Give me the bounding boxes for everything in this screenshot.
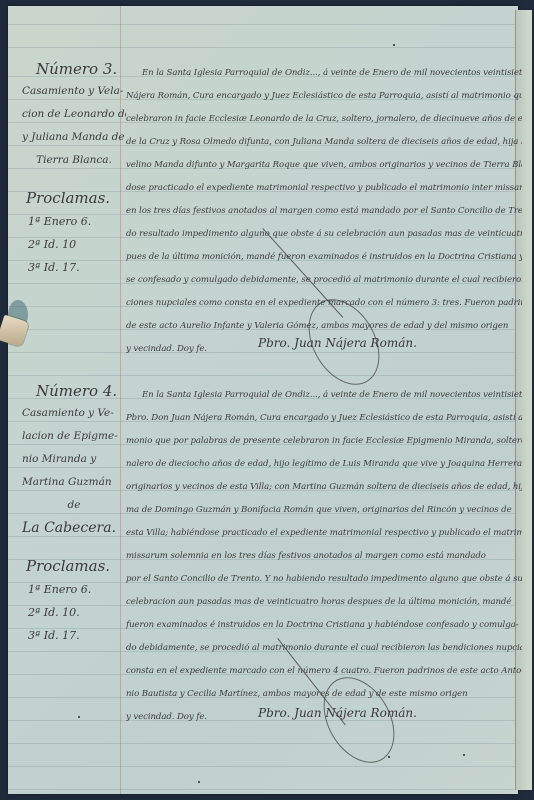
entry-4-body-line: fueron examinados é instruidos en la Doc… (126, 614, 522, 637)
entry-4-body-line: consta en el expediente marcado con el n… (126, 660, 522, 683)
entry-3-proclama-date: 1ª Enero 6. (22, 210, 126, 233)
entry-3-title-line: cion de Leonardo de la Cruz (22, 103, 126, 126)
ink-speck (198, 781, 200, 783)
entry-3-body-line: dose practicado el expediente matrimonia… (126, 177, 522, 200)
ink-speck (78, 716, 80, 718)
ink-speck (393, 44, 395, 46)
entry-4-body: En la Santa Iglesia Parroquial de Ondiz.… (126, 384, 522, 729)
entry-4-proclama-date: 1ª Enero 6. (22, 578, 126, 601)
entry-4-body-line: nalero de dieciocho años de edad, hijo l… (126, 453, 522, 476)
entry-4-body-line: Pbro. Don Juan Nájera Román, Cura encarg… (126, 407, 522, 430)
entry-4-title-line: Martina Guzmán (22, 471, 126, 494)
entry-4-proclamas-label: Proclamas. (22, 554, 126, 578)
entry-3-title-line: Casamiento y Vela- (22, 80, 126, 103)
entry-4-title-line: nio Miranda y (22, 448, 126, 471)
entry-3-title-line: Tierra Blanca. (22, 149, 126, 172)
entry-3-margin: Número 3. Casamiento y Vela- cion de Leo… (22, 58, 126, 279)
entry-4-title-line: La Cabecera. (22, 517, 126, 540)
entry-4-title-line: de (22, 494, 126, 517)
entry-3-body-line: pues de la última monición, mandé fueron… (126, 246, 522, 269)
entry-4-body-line: monio que por palabras de presente celeb… (126, 430, 522, 453)
entry-3-body-line: En la Santa Iglesia Parroquial de Ondiz.… (126, 62, 522, 85)
entry-3-body-line: de la Cruz y Rosa Olmedo difunta, con Ju… (126, 131, 522, 154)
entry-4-title-line: Casamiento y Ve- (22, 402, 126, 425)
entry-3-body-line: velino Manda difunto y Margarita Roque q… (126, 154, 522, 177)
entry-3-proclama-date: 3ª Id. 17. (22, 256, 126, 279)
entry-3-body-line: se confesado y comulgado debidamente, se… (126, 269, 522, 292)
entry-4-proclama-date: 3ª Id. 17. (22, 624, 126, 647)
entry-3-body-line: Nájera Román, Cura encargado y Juez Ecle… (126, 85, 522, 108)
entry-4-margin: Número 4. Casamiento y Ve- lacion de Epi… (22, 380, 126, 647)
register-page: Número 3. Casamiento y Vela- cion de Leo… (8, 6, 518, 794)
entry-3-title-line: y Juliana Manda de (22, 126, 126, 149)
entry-3-body-line: do resultado impedimento alguno que obst… (126, 223, 522, 246)
entry-4-body-line: En la Santa Iglesia Parroquial de Ondiz.… (126, 384, 522, 407)
ink-speck (388, 756, 390, 758)
entry-4-body-line: esta Villa; habiéndose practicado el exp… (126, 522, 522, 545)
entry-3-proclama-date: 2ª Id. 10 (22, 233, 126, 256)
entry-3-body-line: en los tres días festivos anotados al ma… (126, 200, 522, 223)
entry-4-body-line: originarios y vecinos de esta Villa; con… (126, 476, 522, 499)
entry-3-body-line: celebraron in facie Ecclesiæ Leonardo de… (126, 108, 522, 131)
entry-4-body-line: ma de Domingo Guzmán y Bonifacia Román q… (126, 499, 522, 522)
entry-4-body-line: missarum solemnia en los tres días festi… (126, 545, 522, 568)
entry-4-number: Número 4. (22, 380, 126, 402)
entry-4-body-line: celebracion aun pasadas mas de veinticua… (126, 591, 522, 614)
entry-3-proclamas-label: Proclamas. (22, 186, 126, 210)
entry-3-number: Número 3. (22, 58, 126, 80)
ink-speck (463, 754, 465, 756)
entry-4-body-line: do debidamente, se procedió al matrimoni… (126, 637, 522, 660)
entry-4-title-line: lacion de Epigme- (22, 425, 126, 448)
entry-4-body-line: por el Santo Concilio de Trento. Y no ha… (126, 568, 522, 591)
entry-4-proclama-date: 2ª Id. 10. (22, 601, 126, 624)
